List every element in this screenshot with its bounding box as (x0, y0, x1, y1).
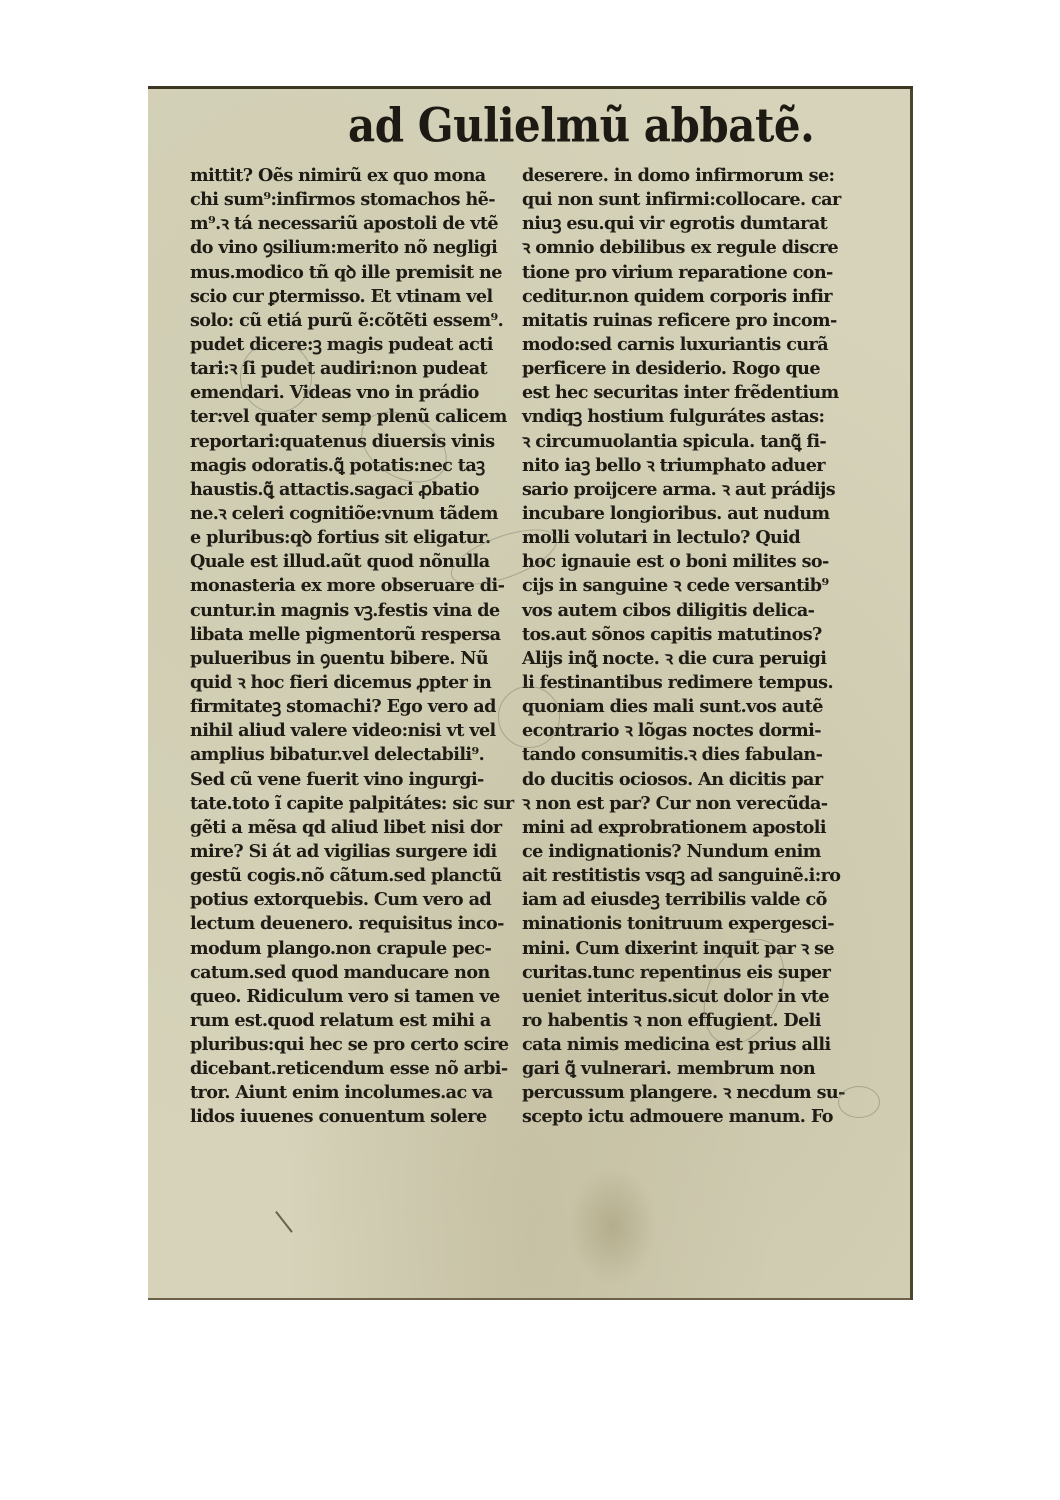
text-line: pluribus:qui hec se pro certo scire (190, 1033, 510, 1057)
text-line: mittit? Oẽs nimirũ ex quo mona (190, 164, 510, 188)
text-line: vos autem cibos diligitis delica- (522, 599, 852, 623)
text-line: Quale est illud.aũt quod nõnulla (190, 550, 510, 574)
text-line: vndiqꝫ hostium fulgurátes astas: (522, 405, 852, 429)
text-line: monasteria ex more obseruare di- (190, 574, 510, 598)
text-line: ait restitistis vsqꝫ ad sanguinẽ.i:ro (522, 864, 852, 888)
text-line: mire? Si át ad vigilias surgere idi (190, 840, 510, 864)
text-line: ter:vel quater semp plenũ calicem (190, 405, 510, 429)
text-line: minationis tonitruum expergesci- (522, 912, 852, 936)
text-line: solo: cũ etiá purũ ẽ:cõtẽti essem⁹. (190, 309, 510, 333)
text-line: econtrario ꝛ lõgas noctes dormi- (522, 719, 852, 743)
text-line: percussum plangere. ꝛ necdum su- (522, 1081, 852, 1105)
text-line: molli volutari in lectulo? Quid (522, 526, 852, 550)
text-column-left: mittit? Oẽs nimirũ ex quo monachi sum⁹:i… (190, 164, 510, 1130)
text-line: Sed cũ vene fuerit vino ingurgi- (190, 768, 510, 792)
text-line: e pluribus:qꝺ fortius sit eligatur. (190, 526, 510, 550)
paper-scratch (275, 1211, 292, 1232)
text-line: quid ꝛ hoc fieri dicemus ꝓpter in (190, 671, 510, 695)
text-line: libata melle pigmentorũ respersa (190, 623, 510, 647)
text-line: ꝛ circumuolantia spicula. tanꝗ̃ fi- (522, 430, 852, 454)
text-line: reportari:quatenus diuersis vinis (190, 430, 510, 454)
paper-stain (568, 1166, 658, 1286)
text-line: firmitateꝫ stomachi? Ego vero ad (190, 695, 510, 719)
text-line: ce indignationis? Nundum enim (522, 840, 852, 864)
text-line: sario proijcere arma. ꝛ aut prádijs (522, 478, 852, 502)
text-line: tando consumitis.ꝛ dies fabulan- (522, 743, 852, 767)
text-line: perficere in desiderio. Rogo que (522, 357, 852, 381)
text-line: gẽti a mẽsa qd aliud libet nisi dor (190, 816, 510, 840)
text-line: pudet dicere:ꝫ magis pudeat acti (190, 333, 510, 357)
text-line: lectum deuenero. requisitus inco- (190, 912, 510, 936)
text-line: mini ad exprobrationem apostoli (522, 816, 852, 840)
manuscript-leaf: ad Gulielmũ abbatẽ. mittit? Oẽs nimirũ e… (148, 86, 913, 1300)
text-line: modum plango.non crapule pec- (190, 937, 510, 961)
text-column-right: deserere. in domo infirmorum se:qui non … (522, 164, 852, 1130)
text-line: scio cur ꝑtermisso. Et vtinam vel (190, 285, 510, 309)
text-line: rum est.quod relatum est mihi a (190, 1009, 510, 1033)
text-line: tari:ꝛ ſi pudet audiri:non pudeat (190, 357, 510, 381)
running-head: ad Gulielmũ abbatẽ. (348, 98, 848, 153)
text-line: hoc ignauie est o boni milites so- (522, 550, 852, 574)
text-line: mini. Cum dixerint inquit par ꝛ se (522, 937, 852, 961)
text-line: lidos iuuenes conuentum solere (190, 1105, 510, 1129)
text-line: gari ꝗ̃ vulnerari. membrum non (522, 1057, 852, 1081)
text-line: cijs in sanguine ꝛ cede versantib⁹ (522, 574, 852, 598)
text-line: nihil aliud valere video:nisi vt vel (190, 719, 510, 743)
text-line: niuꝫ esu.qui vir egrotis dumtarat (522, 212, 852, 236)
text-line: curitas.tunc repentinus eis super (522, 961, 852, 985)
text-line: tate.toto ĩ capite palpitátes: sic sur (190, 792, 510, 816)
text-line: ceditur.non quidem corporis infir (522, 285, 852, 309)
text-line: gestũ cogis.nõ cãtum.sed planctũ (190, 864, 510, 888)
text-line: catum.sed quod manducare non (190, 961, 510, 985)
text-line: ueniet interitus.sicut dolor in vte (522, 985, 852, 1009)
text-line: tos.aut sõnos capitis matutinos? (522, 623, 852, 647)
text-line: dicebant.reticendum esse nõ arbi- (190, 1057, 510, 1081)
text-line: emendari. Videas vno in prádio (190, 381, 510, 405)
text-line: incubare longioribus. aut nudum (522, 502, 852, 526)
text-line: deserere. in domo infirmorum se: (522, 164, 852, 188)
text-line: do vino ꝯsilium:merito nõ negligi (190, 236, 510, 260)
text-line: chi sum⁹:infirmos stomachos hẽ- (190, 188, 510, 212)
text-line: quoniam dies mali sunt.vos autẽ (522, 695, 852, 719)
text-line: tione pro virium reparatione con- (522, 261, 852, 285)
text-line: tror. Aiunt enim incolumes.ac va (190, 1081, 510, 1105)
text-line: do ducitis ociosos. An dicitis par (522, 768, 852, 792)
text-line: haustis.ꝗ̃ attactis.sagaci ꝓbatio (190, 478, 510, 502)
text-line: qui non sunt infirmi:collocare. car (522, 188, 852, 212)
text-line: iam ad eiusdeꝫ terribilis valde cõ (522, 888, 852, 912)
text-line: scepto ictu admouere manum. Fo (522, 1105, 852, 1129)
text-line: li festinantibus redimere tempus. (522, 671, 852, 695)
text-line: ꝛ non est par? Cur non verecũda- (522, 792, 852, 816)
text-line: queo. Ridiculum vero si tamen ve (190, 985, 510, 1009)
text-line: magis odoratis.ꝗ̃ potatis:nec taꝫ (190, 454, 510, 478)
text-line: Alijs inꝗ̃ nocte. ꝛ die cura peruigi (522, 647, 852, 671)
text-line: est hec securitas inter frẽdentium (522, 381, 852, 405)
text-line: potius extorquebis. Cum vero ad (190, 888, 510, 912)
text-line: ꝛ omnio debilibus ex regule discre (522, 236, 852, 260)
text-line: m⁹.ꝛ tá necessariũ apostoli de vtẽ (190, 212, 510, 236)
text-line: mitatis ruinas reficere pro incom- (522, 309, 852, 333)
text-line: ro habentis ꝛ non effugient. Deli (522, 1009, 852, 1033)
text-line: cuntur.in magnis vꝫ.festis vina de (190, 599, 510, 623)
text-line: nito iaꝫ bello ꝛ triumphato aduer (522, 454, 852, 478)
text-line: mus.modico tñ qꝺ ille premisit ne (190, 261, 510, 285)
text-line: cata nimis medicina est prius alli (522, 1033, 852, 1057)
text-line: ne.ꝛ celeri cognitiõe:vnum tãdem (190, 502, 510, 526)
text-line: modo:sed carnis luxuriantis curã (522, 333, 852, 357)
text-line: amplius bibatur.vel delectabili⁹. (190, 743, 510, 767)
text-line: pulueribus in ꝯuentu bibere. Nũ (190, 647, 510, 671)
